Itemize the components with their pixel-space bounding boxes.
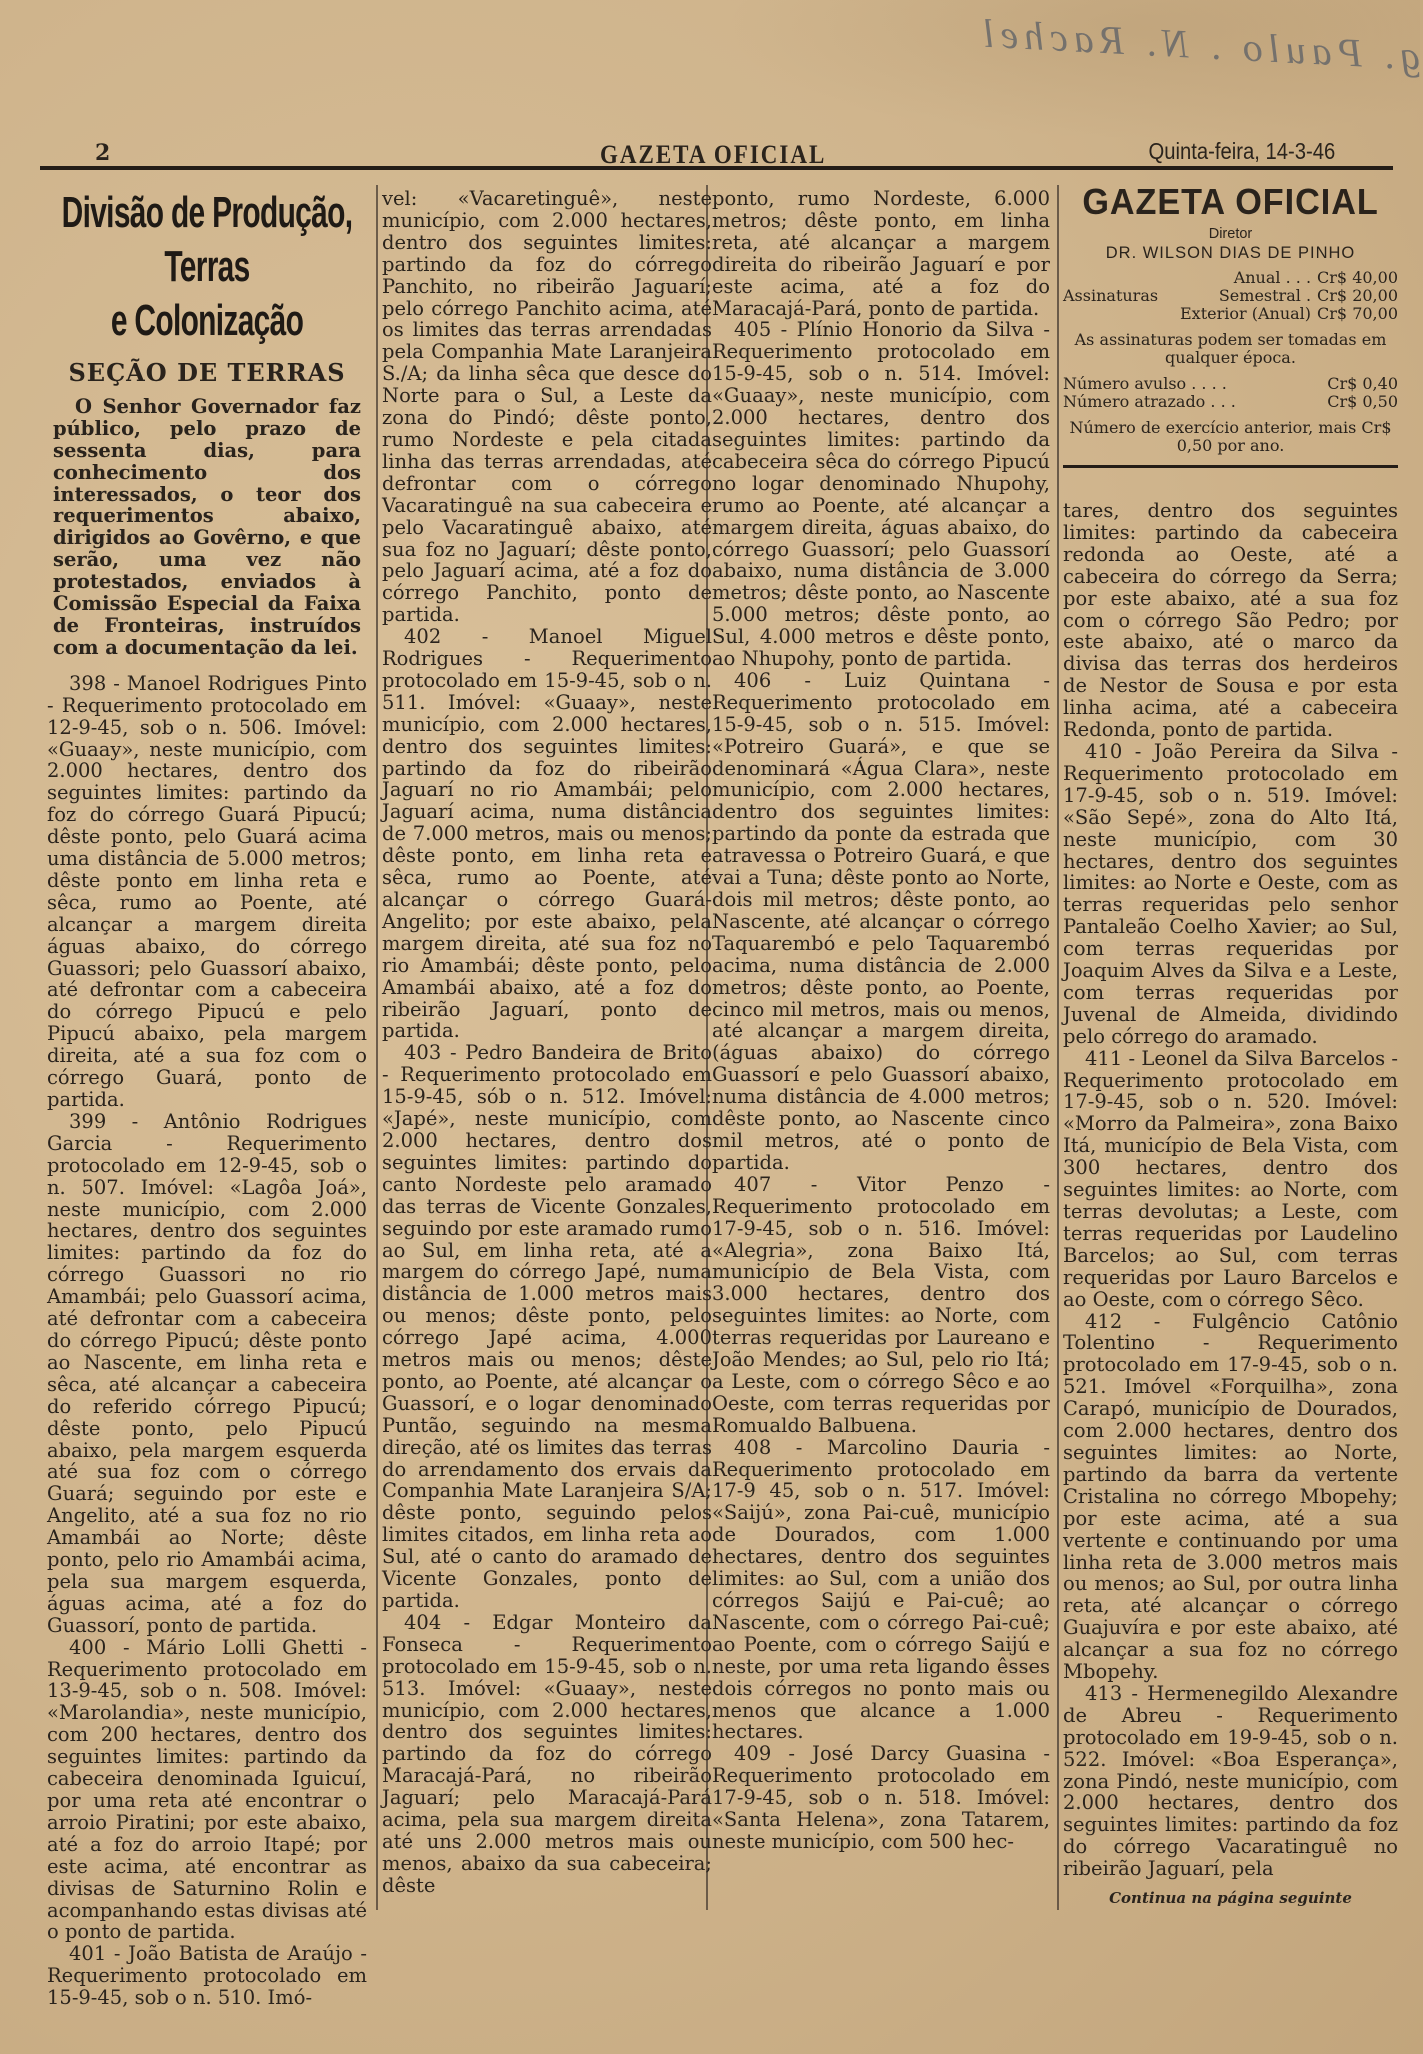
price-value: Cr$ 20,00 [1317,287,1398,305]
price-row-annual: Anual . . . Cr$ 40,00 [1063,269,1398,287]
masthead-title: GAZETA OFICIAL [1071,182,1389,222]
request-entry-continued: tares, dentro dos seguintes limites: par… [1063,500,1398,741]
page-header: 2 GAZETA OFICIAL Quinta-feira, 14-3-46 [40,140,1345,168]
price-value: Cr$ 40,00 [1317,269,1398,287]
intro-paragraph: O Senhor Governador faz público, pelo pr… [53,396,361,659]
request-entry: 399 - Antônio Rodrigues Garcia - Requeri… [47,1111,367,1637]
request-entry: 404 - Edgar Monteiro da Fonseca - Requer… [382,1612,712,1897]
column-divider [376,185,378,1910]
price-value: Cr$ 70,00 [1317,305,1398,323]
subscriptions-label: Assinaturas [1063,287,1158,305]
request-entry: 398 - Manoel Rodrigues Pinto - Requerime… [47,673,367,1111]
request-entry: 412 - Fulgêncio Catônio Tolentino - Requ… [1063,1311,1398,1683]
masthead-box: GAZETA OFICIAL Diretor DR. WILSON DIAS D… [1063,182,1398,468]
request-entry: 407 - Vitor Penzo - Requerimento protoco… [712,1174,1050,1437]
subsection-title: SEÇÃO DE TERRAS [47,362,367,384]
request-entry: 403 - Pedro Bandeira de Brito - Requerim… [382,1042,712,1612]
column-2: vel: «Vacaretinguê», neste município, co… [382,188,712,1897]
request-entry: 408 - Marcolino Dauria - Requerimento pr… [712,1437,1050,1744]
subscription-prices: Anual . . . Cr$ 40,00 Assinaturas Semest… [1063,269,1398,323]
request-entry: 406 - Luiz Quintana - Requerimento proto… [712,670,1050,1174]
price-row-semester: Assinaturas Semestral . Cr$ 20,00 [1063,287,1398,305]
director-label: Diretor [1063,226,1398,242]
request-entry: 402 - Manoel Miguel Rodrigues - Requerim… [382,626,712,1042]
price-value: Cr$ 0,40 [1327,375,1398,393]
price-label: Número avulso . . . . [1063,375,1227,393]
single-issue-prices: Número avulso . . . . Cr$ 0,40 Número at… [1063,375,1398,411]
request-entry-continued: ponto, rumo Nordeste, 6.000 metros; dêst… [712,188,1050,319]
director-name: DR. WILSON DIAS DE PINHO [1063,244,1398,263]
request-entry: 411 - Leonel da Silva Barcelos - Requeri… [1063,1048,1398,1311]
subscription-note: As assinaturas podem ser tomadas em qual… [1063,331,1398,367]
column-divider [1057,185,1059,1910]
price-label: Número atrazado . . . [1063,393,1236,411]
request-entry: 400 - Mário Lolli Ghetti - Requerimento … [47,1637,367,1944]
section-title-line-2: e Colonização [44,294,370,348]
column-4: tares, dentro dos seguintes limites: par… [1063,500,1398,1910]
price-value: Cr$ 0,50 [1327,393,1398,411]
price-label: Anual . . . [1234,269,1311,287]
column-3: ponto, rumo Nordeste, 6.000 metros; dêst… [712,188,1050,1853]
section-title-line-1: Divisão de Produção, Terras [44,186,370,294]
section-title: Divisão de Produção, Terras e Colonizaçã… [44,186,370,348]
previous-year-note: Número de exercício anterior, mais Cr$ 0… [1063,419,1398,455]
issue-date: Quinta-feira, 14-3-46 [1148,138,1335,165]
request-entry: 401 - João Batista de Araújo - Requerime… [47,1943,367,2009]
request-entry: 409 - José Darcy Guasina - Requerimento … [712,1743,1050,1853]
single-row-atrazado: Número atrazado . . . Cr$ 0,50 [1063,393,1398,411]
single-row-avulso: Número avulso . . . . Cr$ 0,40 [1063,375,1398,393]
request-entry: 410 - João Pereira da Silva - Requerimen… [1063,741,1398,1048]
continued-notice: Continua na página seguinte [1063,1888,1398,1910]
request-entry: 413 - Hermenegildo Alexandre de Abreu - … [1063,1683,1398,1880]
price-row-exterior: Exterior (Anual) Cr$ 70,00 [1063,305,1398,323]
request-entry: 405 - Plínio Honorio da Silva - Requerim… [712,319,1050,670]
masthead-box-rule [1063,465,1398,468]
request-entry-continued: vel: «Vacaretinguê», neste município, co… [382,188,712,626]
column-1: Divisão de Produção, Terras e Colonizaçã… [47,180,367,2009]
price-label: Exterior (Anual) [1180,305,1311,323]
price-label: Semestral . [1219,287,1311,305]
page-number: 2 [95,140,110,166]
header-rule [40,166,1393,170]
